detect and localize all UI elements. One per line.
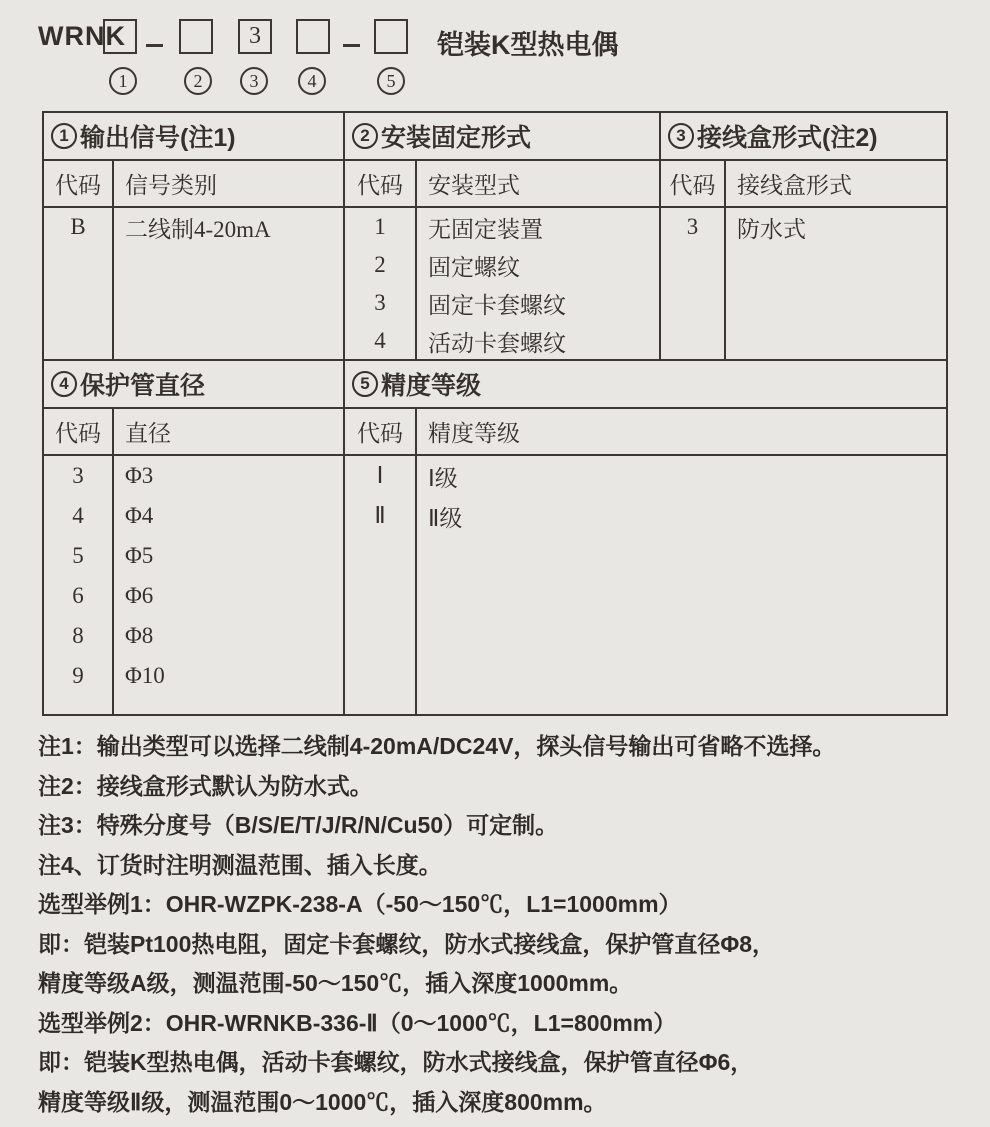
code-box-5 [374, 19, 408, 54]
section-2-title-text: 安装固定形式 [381, 118, 531, 154]
section-1-label-column: 二线制4-20mA [114, 208, 343, 359]
section-1-title: 1 输出信号(注1) [44, 113, 343, 159]
cell-s4-code-9: 9 [44, 656, 112, 696]
section-4-code-header: 代码 [44, 409, 112, 454]
cell-s4-label-4: Φ4 [114, 496, 343, 536]
cell-s5-code-II: Ⅱ [345, 496, 415, 536]
cell-s2-label-1: 无固定装置 [417, 208, 659, 246]
code-box-2 [179, 19, 213, 54]
cell-s5-code-I: Ⅰ [345, 456, 415, 496]
note-line-2: 注2：接线盒形式默认为防水式。 [38, 767, 972, 807]
cell-s4-label-5: Φ5 [114, 536, 343, 576]
section-5-code-column: Ⅰ Ⅱ [345, 456, 415, 714]
dash-separator [146, 44, 163, 47]
cell-s4-label-9: Φ10 [114, 656, 343, 696]
section-1-code-header: 代码 [44, 161, 112, 206]
cell-s2-code-4: 4 [345, 322, 415, 359]
example-2-line: 选型举例2：OHR-WRNKB-336-Ⅱ（0～1000℃，L1=800mm） [38, 1004, 972, 1044]
section-3-code-header: 代码 [661, 161, 724, 206]
circled-1-icon: 1 [51, 123, 77, 149]
circled-5-icon: 5 [377, 67, 405, 95]
section-5-label-column: Ⅰ级 Ⅱ级 [417, 456, 946, 714]
cell-s2-code-3: 3 [345, 284, 415, 322]
section-3-title-text: 接线盒形式(注2) [697, 118, 878, 154]
example-1-desc-2: 精度等级A级，测温范围-50～150℃，插入深度1000mm。 [38, 964, 972, 1004]
circled-2-icon: 2 [352, 123, 378, 149]
cell-s2-label-2: 固定螺纹 [417, 246, 659, 284]
cell-s4-code-6: 6 [44, 576, 112, 616]
cell-s5-label-II: Ⅱ级 [417, 496, 946, 536]
cell-s4-label-8: Φ8 [114, 616, 343, 656]
cell-s3-code-3: 3 [661, 208, 724, 246]
cell-s2-code-2: 2 [345, 246, 415, 284]
cell-s4-code-4: 4 [44, 496, 112, 536]
section-4-title: 4 保护管直径 [44, 361, 343, 407]
circled-3-icon: 3 [240, 67, 268, 95]
section-2-code-column: 1 2 3 4 [345, 208, 415, 359]
cell-s2-code-1: 1 [345, 208, 415, 246]
cell-s4-label-6: Φ6 [114, 576, 343, 616]
dash-separator [343, 44, 360, 47]
cell-s4-code-5: 5 [44, 536, 112, 576]
section-4-label-header: 直径 [114, 409, 343, 454]
section-2-code-header: 代码 [345, 161, 415, 206]
cell-s4-label-3: Φ3 [114, 456, 343, 496]
product-name-label: 铠装K型热电偶 [437, 23, 619, 62]
cell-s2-label-4: 活动卡套螺纹 [417, 322, 659, 359]
cell-s3-label-3: 防水式 [726, 208, 946, 246]
example-2-desc-2: 精度等级Ⅱ级，测温范围0～1000℃，插入深度800mm。 [38, 1083, 972, 1123]
note-line-3: 注3：特殊分度号（B/S/E/T/J/R/N/Cu50）可定制。 [38, 806, 972, 846]
section-3-label-column: 防水式 [726, 208, 946, 359]
section-5-title-text: 精度等级 [381, 366, 481, 402]
section-2-title: 2 安装固定形式 [345, 113, 659, 159]
cell-s4-code-8: 8 [44, 616, 112, 656]
cell-s2-label-3: 固定卡套螺纹 [417, 284, 659, 322]
section-1-title-text: 输出信号(注1) [80, 118, 236, 154]
section-2-label-column: 无固定装置 固定螺纹 固定卡套螺纹 活动卡套螺纹 [417, 208, 659, 359]
circled-4-icon: 4 [51, 371, 77, 397]
cell-s5-label-I: Ⅰ级 [417, 456, 946, 496]
section-2-label-header: 安装型式 [417, 161, 659, 206]
section-3-title: 3 接线盒形式(注2) [661, 113, 946, 159]
section-4-code-column: 3 4 5 6 8 9 [44, 456, 112, 714]
section-3-code-column: 3 [661, 208, 724, 359]
section-1-code-column: B [44, 208, 112, 359]
circled-4-icon: 4 [298, 67, 326, 95]
spec-sheet-page: WRNK 3 铠装K型热电偶 1 2 3 4 5 1 输出信号(注1) 2 安装… [0, 0, 990, 1127]
section-3-label-header: 接线盒形式 [726, 161, 946, 206]
section-1-label-header: 信号类别 [114, 161, 343, 206]
code-box-1 [103, 19, 137, 54]
note-line-4: 注4、订货时注明测温范围、插入长度。 [38, 846, 972, 886]
notes-block: 注1：输出类型可以选择二线制4-20mA/DC24V，探头信号输出可省略不选择。… [38, 727, 972, 1122]
example-1-desc-1: 即：铠装Pt100热电阻，固定卡套螺纹，防水式接线盒，保护管直径Φ8， [38, 925, 972, 965]
example-1-line: 选型举例1：OHR-WZPK-238-A（-50～150℃，L1=1000mm） [38, 885, 972, 925]
cell-s1-code-B: B [44, 208, 112, 246]
section-4-title-text: 保护管直径 [80, 366, 205, 402]
code-box-3: 3 [238, 19, 272, 54]
section-5-title: 5 精度等级 [345, 361, 946, 407]
cell-s4-code-3: 3 [44, 456, 112, 496]
section-4-label-column: Φ3 Φ4 Φ5 Φ6 Φ8 Φ10 [114, 456, 343, 714]
example-2-desc-1: 即：铠装K型热电偶，活动卡套螺纹，防水式接线盒，保护管直径Φ6， [38, 1043, 972, 1083]
code-box-4 [296, 19, 330, 54]
section-5-label-header: 精度等级 [417, 409, 946, 454]
circled-2-icon: 2 [184, 67, 212, 95]
circled-1-icon: 1 [109, 67, 137, 95]
selection-table: 1 输出信号(注1) 2 安装固定形式 3 接线盒形式(注2) 代码 信号类别 … [42, 111, 948, 716]
section-5-code-header: 代码 [345, 409, 415, 454]
note-line-1: 注1：输出类型可以选择二线制4-20mA/DC24V，探头信号输出可省略不选择。 [38, 727, 972, 767]
cell-s1-label-B: 二线制4-20mA [114, 208, 343, 246]
circled-5-icon: 5 [352, 371, 378, 397]
circled-3-icon: 3 [668, 123, 694, 149]
